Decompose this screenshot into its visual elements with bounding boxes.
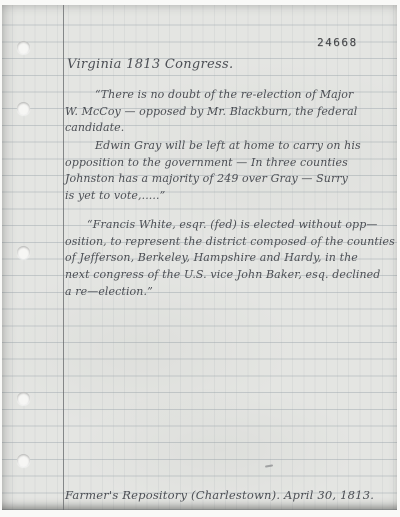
handwritten-line: osition, to represent the district compo… (65, 234, 395, 251)
pencil-mark (265, 464, 273, 467)
punch-hole (17, 392, 30, 405)
handwritten-line: “Francis White, esqr. (fed) is elected w… (65, 217, 395, 234)
handwritten-line: candidate. (65, 120, 357, 137)
handwritten-line: a re—election.” (65, 284, 395, 301)
handwritten-line: is yet to vote,.....” (65, 188, 361, 205)
punch-hole (17, 41, 30, 54)
page-title: Virginia 1813 Congress. (67, 57, 233, 72)
scanned-document: 24668 Virginia 1813 Congress. “There is … (0, 0, 400, 517)
notebook-paper: 24668 Virginia 1813 Congress. “There is … (2, 5, 397, 510)
serial-number-stamp: 24668 (317, 36, 358, 49)
handwritten-paragraph-2: Edwin Gray will be left at home to carry… (65, 138, 361, 205)
handwritten-line: of Jefferson, Berkeley, Hampshire and Ha… (65, 250, 395, 267)
punch-hole (17, 102, 30, 115)
handwritten-line: next congress of the U.S. vice John Bake… (65, 267, 395, 284)
handwritten-paragraph-3: “Francis White, esqr. (fed) is elected w… (65, 217, 395, 301)
handwritten-line: W. McCoy — opposed by Mr. Blackburn, the… (65, 104, 357, 121)
margin-rule-line (63, 5, 64, 510)
handwritten-line: “There is no doubt of the re-election of… (65, 87, 357, 104)
handwritten-line: Johnston has a majority of 249 over Gray… (65, 171, 361, 188)
source-citation: Farmer's Repository (Charlestown). April… (65, 488, 374, 502)
handwritten-line: Edwin Gray will be left at home to carry… (65, 138, 361, 155)
handwritten-paragraph-1: “There is no doubt of the re-election of… (65, 87, 357, 137)
punch-hole (17, 454, 30, 467)
punch-hole (17, 246, 30, 259)
handwritten-line: opposition to the government — In three … (65, 155, 361, 172)
